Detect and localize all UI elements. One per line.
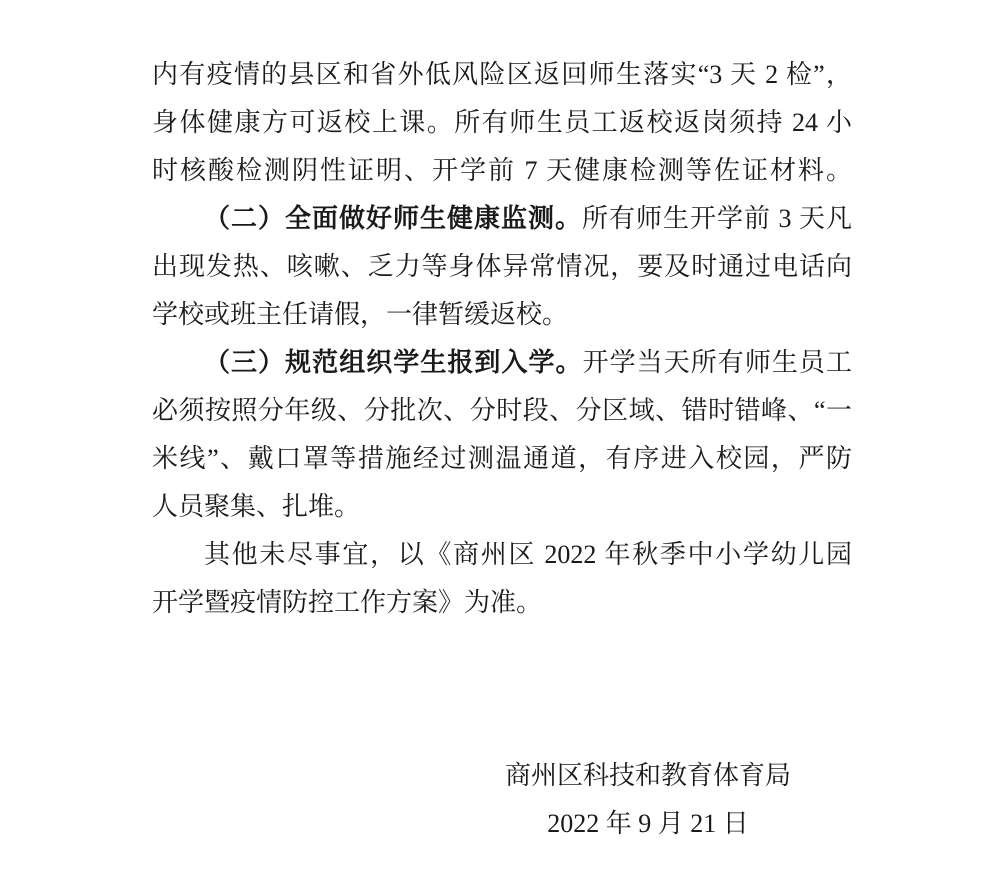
body-line: 内有疫情的县区和省外低风险区返回师生落实“3 天 2 检”，	[152, 51, 852, 99]
section-2-paragraph: （二）全面做好师生健康监测。所有师生开学前 3 天凡 出现发热、咳嗽、乏力等身体…	[152, 195, 852, 339]
closing-paragraph: 其他未尽事宜，以《商州区 2022 年秋季中小学幼儿园 开学暨疫情防控工作方案》…	[152, 531, 852, 627]
paragraph-continuation: 内有疫情的县区和省外低风险区返回师生落实“3 天 2 检”， 身体健康方可返校上…	[152, 51, 852, 195]
body-line: （三）规范组织学生报到入学。开学当天所有师生员工	[152, 339, 852, 387]
body-line: 开学暨疫情防控工作方案》为准。	[152, 579, 852, 627]
section-2-heading: （二）全面做好师生健康监测。	[204, 204, 582, 233]
signature-date: 2022 年 9 月 21 日	[444, 800, 852, 848]
body-line: 其他未尽事宜，以《商州区 2022 年秋季中小学幼儿园	[152, 531, 852, 579]
section-3-heading: （三）规范组织学生报到入学。	[204, 348, 583, 377]
body-line: （二）全面做好师生健康监测。所有师生开学前 3 天凡	[152, 195, 852, 243]
body-text-run: 所有师生开学前 3 天凡	[582, 204, 852, 233]
body-text-run: 开学当天所有师生员工	[583, 348, 852, 377]
body-line: 身体健康方可返校上课。所有师生员工返校返岗须持 24 小	[152, 99, 852, 147]
body-line: 必须按照分年级、分批次、分时段、分区域、错时错峰、“一	[152, 387, 852, 435]
body-line: 米线”、戴口罩等措施经过测温通道，有序进入校园，严防	[152, 435, 852, 483]
signature-block: 商州区科技和教育体育局 2022 年 9 月 21 日	[152, 752, 852, 848]
body-line: 人员聚集、扎堆。	[152, 483, 852, 531]
document-page: 内有疫情的县区和省外低风险区返回师生落实“3 天 2 检”， 身体健康方可返校上…	[0, 0, 992, 875]
signature-inner: 商州区科技和教育体育局 2022 年 9 月 21 日	[444, 752, 852, 848]
body-line: 时核酸检测阴性证明、开学前 7 天健康检测等佐证材料。	[152, 147, 852, 195]
body-line: 出现发热、咳嗽、乏力等身体异常情况，要及时通过电话向	[152, 243, 852, 291]
body-line: 学校或班主任请假，一律暂缓返校。	[152, 291, 852, 339]
signature-org: 商州区科技和教育体育局	[444, 752, 852, 800]
document-body: 内有疫情的县区和省外低风险区返回师生落实“3 天 2 检”， 身体健康方可返校上…	[152, 51, 852, 848]
section-3-paragraph: （三）规范组织学生报到入学。开学当天所有师生员工 必须按照分年级、分批次、分时段…	[152, 339, 852, 531]
